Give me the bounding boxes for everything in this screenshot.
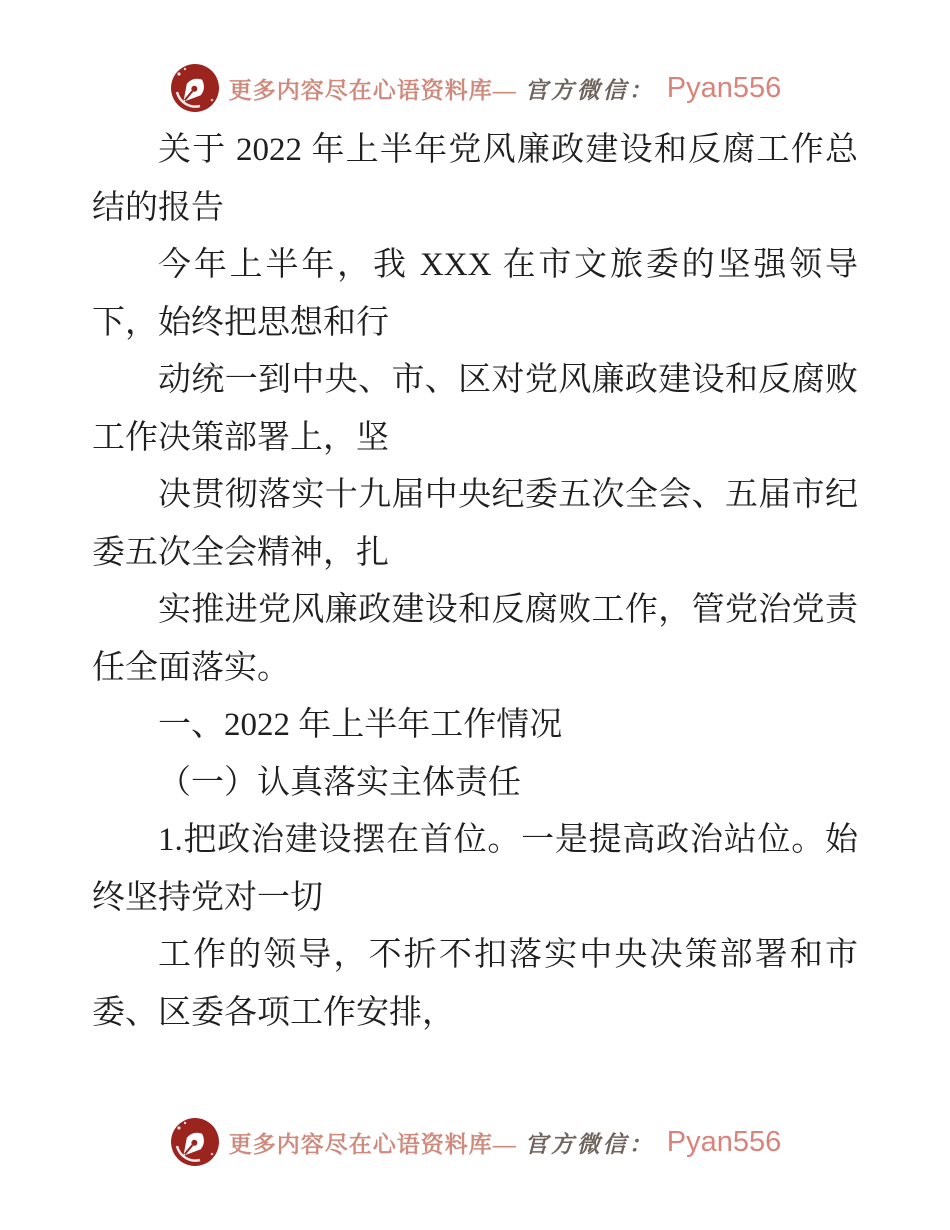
footer-watermark: 更多内容尽在心语资料库— 官方微信： Pyan556 (0, 1116, 950, 1168)
paragraph: 实推进党风廉政建设和反腐败工作，管党治党责任全面落实。 (92, 582, 858, 697)
watermark-text: 更多内容尽在心语资料库— (229, 1126, 517, 1159)
paragraph: 动统一到中央、市、区对党风廉政建设和反腐败工作决策部署上，坚 (92, 352, 858, 467)
paragraph: 工作的领导，不折不扣落实中央决策部署和市委、区委各项工作安排， (92, 927, 858, 1042)
pen-seal-logo-icon (169, 1116, 221, 1168)
paragraph: 1.把政治建设摆在首位。一是提高政治站位。始终坚持党对一切 (92, 812, 858, 927)
document-page: 更多内容尽在心语资料库— 官方微信： Pyan556 关于 2022 年上半年党… (0, 0, 950, 1230)
paragraph: 今年上半年，我 XXX 在市文旅委的坚强领导下，始终把思想和行 (92, 237, 858, 352)
header-watermark: 更多内容尽在心语资料库— 官方微信： Pyan556 (0, 62, 950, 114)
paragraph: 决贯彻落实十九届中央纪委五次全会、五届市纪委五次全会精神，扎 (92, 467, 858, 582)
pen-seal-logo-icon (169, 62, 221, 114)
document-body: 关于 2022 年上半年党风廉政建设和反腐工作总结的报告今年上半年，我 XXX … (92, 122, 858, 1042)
watermark-wechat-id: Pyan556 (667, 1126, 782, 1159)
watermark-text: 更多内容尽在心语资料库— (229, 72, 517, 105)
watermark-wechat-label: 官方微信： (525, 72, 655, 105)
paragraph: （一）认真落实主体责任 (92, 755, 858, 813)
paragraph: 关于 2022 年上半年党风廉政建设和反腐工作总结的报告 (92, 122, 858, 237)
watermark-wechat-label: 官方微信： (525, 1126, 655, 1159)
paragraph: 一、2022 年上半年工作情况 (92, 697, 858, 755)
watermark-wechat-id: Pyan556 (667, 72, 782, 105)
